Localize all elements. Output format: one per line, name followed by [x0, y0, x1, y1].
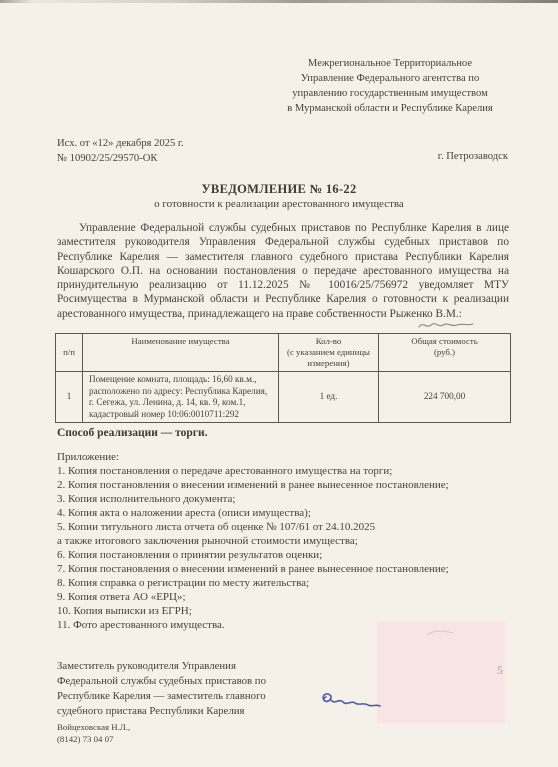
body-paragraph: Управление Федеральной службы судебных п…	[57, 221, 509, 321]
signatory-position-line: судебного пристава Республики Карелия	[57, 704, 266, 719]
table-header-row: п/п Наименование имущества Кол-во (с ука…	[56, 334, 511, 372]
header-num: п/п	[56, 334, 83, 372]
attachment-item: 2. Копия постановления о внесении измене…	[57, 478, 527, 492]
cell-num: 1	[56, 372, 83, 423]
outgoing-date: Исх. от «12» декабря 2025 г.	[57, 136, 184, 151]
attachment-item: 9. Копия ответа АО «ЕРЦ»;	[57, 590, 527, 604]
scanned-document-page: Межрегиональное Территориальное Управлен…	[0, 0, 558, 767]
attachment-item: 10. Копия выписки из ЕГРН;	[57, 604, 527, 618]
stamp-digit: 5	[497, 665, 503, 677]
org-header-line: в Мурманской области и Республике Карели…	[270, 101, 510, 116]
scan-edge-artifact	[0, 0, 558, 3]
pencil-squiggle-mark	[417, 318, 475, 332]
attachment-item: 8. Копия справка о регистрации по месту …	[57, 576, 527, 590]
signature-mark	[318, 688, 384, 716]
signatory-position-line: Заместитель руководителя Управления	[57, 659, 266, 674]
org-header-line: управлению государственным имуществом	[270, 86, 510, 101]
attachment-item: 6. Копия постановления о принятии резуль…	[57, 548, 527, 562]
cell-name: Помещение комната, площадь: 16,60 кв.м.,…	[83, 372, 279, 423]
signatory-position-line: Федеральной службы судебных приставов по	[57, 674, 266, 689]
cell-qty: 1 ед.	[279, 372, 379, 423]
attachment-item: 5. Копии титульного листа отчета об оцен…	[57, 520, 527, 548]
header-cost: Общая стоимость (руб.)	[379, 334, 511, 372]
attachments-list: Приложение: 1. Копия постановления о пер…	[57, 450, 527, 632]
attachment-item: 3. Копия исполнительного документа;	[57, 492, 527, 506]
attachment-item: 7. Копия постановления о внесении измене…	[57, 562, 527, 576]
outgoing-number: № 10902/25/29570-ОК	[57, 151, 184, 166]
org-header-line: Межрегиональное Территориальное	[270, 56, 510, 71]
table-row: 1 Помещение комната, площадь: 16,60 кв.м…	[56, 372, 511, 423]
executor-phone: (8142) 73 04 07	[57, 734, 130, 746]
signatory-position: Заместитель руководителя Управления Феде…	[57, 659, 266, 719]
header-name: Наименование имущества	[83, 334, 279, 372]
outgoing-reference: Исх. от «12» декабря 2025 г. № 10902/25/…	[57, 136, 184, 166]
attachments-label: Приложение:	[57, 450, 527, 464]
signatory-position-line: Республике Карелия — заместитель главног…	[57, 689, 266, 704]
method-line: Способ реализации — торги.	[57, 427, 207, 439]
document-subtitle: о готовности к реализации арестованного …	[0, 198, 558, 210]
stamp-faint-curve-mark	[425, 628, 455, 638]
org-header: Межрегиональное Территориальное Управлен…	[270, 56, 510, 116]
property-table: п/п Наименование имущества Кол-во (с ука…	[55, 333, 511, 423]
header-qty: Кол-во (с указанием единицы измерения)	[279, 334, 379, 372]
attachment-item: 1. Копия постановления о передаче аресто…	[57, 464, 527, 478]
attachment-item: 4. Копия акта о наложении ареста (описи …	[57, 506, 527, 520]
org-header-line: Управление Федерального агентства по	[270, 71, 510, 86]
document-title: УВЕДОМЛЕНИЕ № 16-22	[0, 182, 558, 197]
city-label: г. Петрозаводск	[438, 151, 508, 162]
executor-name: Войцеховская Н.Л.,	[57, 722, 130, 734]
cell-cost: 224 700,00	[379, 372, 511, 423]
executor-block: Войцеховская Н.Л., (8142) 73 04 07	[57, 722, 130, 745]
